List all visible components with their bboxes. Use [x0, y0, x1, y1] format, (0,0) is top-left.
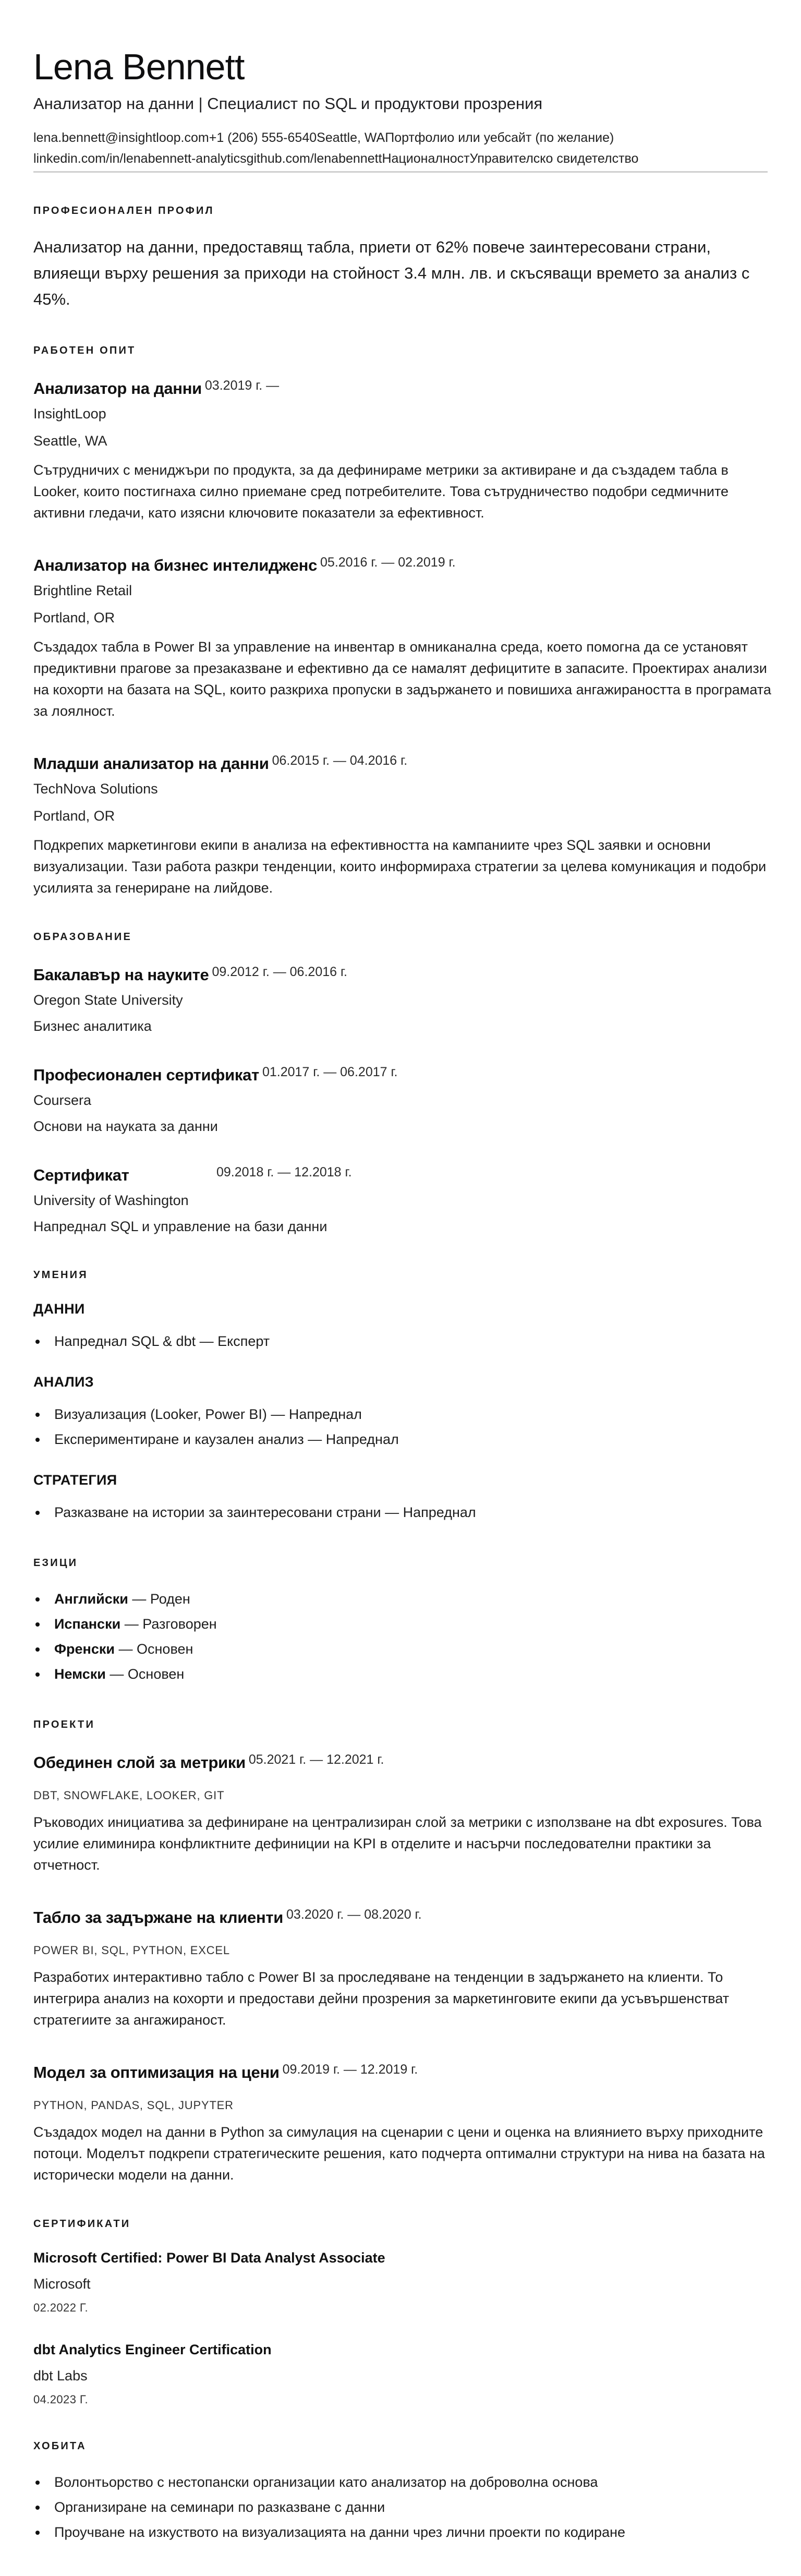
skill-item: Напреднал SQL & dbt — Експерт — [33, 1329, 768, 1354]
education-entry-header: Сертификат09.2018 г. — 12.2018 г. — [33, 1161, 768, 1190]
institution-name: Coursera — [33, 1090, 768, 1111]
field-of-study: Основи на науката за данни — [33, 1116, 768, 1137]
degree-title: Сертификат — [33, 1164, 213, 1187]
contact-location: Seattle, WA — [317, 130, 385, 145]
section-hobbies: Хобита Волонтьорство с нестопански орган… — [33, 2439, 768, 2545]
institution-name: Oregon State University — [33, 990, 768, 1010]
language-separator: — — [115, 1641, 137, 1657]
hobby-item: Волонтьорство с нестопански организации … — [33, 2470, 768, 2495]
project-name: Обединен слой за метрики — [33, 1753, 246, 1772]
project-dates: 05.2021 г. — 12.2021 г. — [249, 1752, 384, 1767]
job-title: Анализатор на данни — [33, 379, 202, 398]
experience-entry-header: Анализатор на данни03.2019 г. — — [33, 374, 768, 403]
field-of-study: Бизнес аналитика — [33, 1016, 768, 1037]
certificate-issuer: dbt Labs — [33, 2365, 768, 2386]
language-item: Испански — Разговорен — [33, 1611, 768, 1636]
skill-group: ДАННИНапреднал SQL & dbt — Експерт — [33, 1298, 768, 1354]
experience-entry: Анализатор на бизнес интелидженс05.2016 … — [33, 551, 768, 722]
certificate-entry: Microsoft Certified: Power BI Data Analy… — [33, 2247, 768, 2316]
project-name: Табло за задържане на клиенти — [33, 1908, 283, 1927]
language-level: Роден — [150, 1591, 190, 1607]
skill-group: СТРАТЕГИЯРазказване на истории за заинте… — [33, 1470, 768, 1525]
skill-item: Разказване на истории за заинтересовани … — [33, 1500, 768, 1525]
skill-items: Визуализация (Looker, Power BI) — Напред… — [33, 1402, 768, 1452]
language-name: Немски — [54, 1666, 106, 1682]
experience-list: Анализатор на данни03.2019 г. —InsightLo… — [33, 374, 768, 899]
education-dates: 01.2017 г. — 06.2017 г. — [262, 1065, 398, 1079]
contact-linkedin[interactable]: linkedin.com/in/lenabennett-analytics — [33, 151, 247, 166]
job-location: Portland, OR — [33, 805, 768, 826]
company-name: InsightLoop — [33, 403, 768, 424]
language-level: Основен — [128, 1666, 184, 1682]
languages-list: Английски — РоденИспански — РазговоренФр… — [33, 1586, 768, 1687]
contact-license: Управителско свидетелство — [470, 151, 639, 166]
institution-name: University of Washington — [33, 1190, 768, 1211]
project-tech-stack: Power BI, SQL, Python, Excel — [33, 1943, 768, 1958]
project-entry-header: Обединен слой за метрики05.2021 г. — 12.… — [33, 1748, 768, 1777]
section-education: Образование Бакалавър на науките09.2012 … — [33, 930, 768, 1237]
contact-block: lena.bennett@insightloop.com+1 (206) 555… — [33, 127, 768, 173]
skill-group-title: ДАННИ — [33, 1298, 768, 1319]
resume-page: Lena Bennett Анализатор на данни | Специ… — [0, 0, 801, 2576]
company-name: Brightline Retail — [33, 580, 768, 601]
language-separator: — — [106, 1666, 128, 1682]
section-title-experience: Работен опит — [33, 344, 768, 357]
section-title-education: Образование — [33, 930, 768, 944]
candidate-name: Lena Bennett — [33, 46, 768, 88]
education-entry: Бакалавър на науките09.2012 г. — 06.2016… — [33, 960, 768, 1037]
skill-group-title: АНАЛИЗ — [33, 1371, 768, 1392]
experience-entry-header: Анализатор на бизнес интелидженс05.2016 … — [33, 551, 768, 580]
project-description: Разработих интерактивно табло с Power BI… — [33, 1967, 774, 2031]
project-dates: 03.2020 г. — 08.2020 г. — [286, 1907, 422, 1922]
experience-entry: Младши анализатор на данни06.2015 г. — 0… — [33, 749, 768, 899]
project-entry-header: Табло за задържане на клиенти03.2020 г. … — [33, 1903, 768, 1932]
language-level: Разговорен — [142, 1616, 216, 1632]
resume-header: Lena Bennett Анализатор на данни | Специ… — [33, 46, 768, 173]
language-separator: — — [120, 1616, 142, 1632]
certificate-name: Microsoft Certified: Power BI Data Analy… — [33, 2247, 768, 2268]
language-item: Френски — Основен — [33, 1636, 768, 1662]
section-projects: Проекти Обединен слой за метрики05.2021 … — [33, 1718, 768, 2186]
contact-row-primary: lena.bennett@insightloop.com+1 (206) 555… — [33, 127, 768, 148]
job-location: Portland, OR — [33, 607, 768, 628]
contact-nationality: Националност — [382, 151, 470, 166]
section-title-skills: Умения — [33, 1268, 768, 1282]
company-name: TechNova Solutions — [33, 778, 768, 799]
hobbies-list: Волонтьорство с нестопански организации … — [33, 2470, 768, 2545]
skill-item: Експериментиране и каузален анализ — Нап… — [33, 1427, 768, 1452]
contact-portfolio[interactable]: Портфолио или уебсайт (по желание) — [385, 130, 614, 145]
language-name: Френски — [54, 1641, 115, 1657]
contact-row-secondary: linkedin.com/in/lenabennett-analyticsgit… — [33, 148, 768, 169]
project-description: Ръководих инициатива за дефиниране на це… — [33, 1812, 774, 1876]
project-entry: Обединен слой за метрики05.2021 г. — 12.… — [33, 1748, 768, 1876]
section-profile: Професионален профил Анализатор на данни… — [33, 204, 768, 312]
section-title-hobbies: Хобита — [33, 2439, 768, 2453]
education-list: Бакалавър на науките09.2012 г. — 06.2016… — [33, 960, 768, 1237]
job-description: Подкрепих маркетингови екипи в анализа н… — [33, 835, 774, 899]
hobby-item: Организиране на семинари по разказване с… — [33, 2495, 768, 2520]
skill-group-title: СТРАТЕГИЯ — [33, 1470, 768, 1490]
job-dates: 05.2016 г. — 02.2019 г. — [320, 555, 456, 570]
project-entry: Табло за задържане на клиенти03.2020 г. … — [33, 1903, 768, 2031]
candidate-headline: Анализатор на данни | Специалист по SQL … — [33, 93, 768, 115]
degree-title: Професионален сертификат — [33, 1066, 259, 1084]
projects-list: Обединен слой за метрики05.2021 г. — 12.… — [33, 1748, 768, 2186]
language-name: Английски — [54, 1591, 128, 1607]
section-title-certificates: Сертификати — [33, 2217, 768, 2231]
experience-entry: Анализатор на данни03.2019 г. —InsightLo… — [33, 374, 768, 524]
skill-item: Визуализация (Looker, Power BI) — Напред… — [33, 1402, 768, 1427]
education-entry-header: Професионален сертификат01.2017 г. — 06.… — [33, 1061, 768, 1090]
job-description: Създадох табла в Power BI за управление … — [33, 636, 774, 722]
job-title: Младши анализатор на данни — [33, 754, 269, 773]
job-title: Анализатор на бизнес интелидженс — [33, 556, 317, 574]
project-entry: Модел за оптимизация на цени09.2019 г. —… — [33, 2058, 768, 2186]
job-dates: 03.2019 г. — — [205, 378, 279, 393]
contact-email[interactable]: lena.bennett@insightloop.com — [33, 130, 209, 145]
language-item: Немски — Основен — [33, 1662, 768, 1687]
job-dates: 06.2015 г. — 04.2016 г. — [272, 753, 408, 768]
degree-title: Бакалавър на науките — [33, 966, 209, 984]
language-name: Испански — [54, 1616, 120, 1632]
certificate-date: 04.2023 г. — [33, 2391, 768, 2408]
project-tech-stack: Python, Pandas, SQL, Jupyter — [33, 2098, 768, 2113]
certificates-list: Microsoft Certified: Power BI Data Analy… — [33, 2247, 768, 2408]
education-dates: 09.2012 г. — 06.2016 г. — [212, 965, 347, 979]
hobby-item: Проучване на изкуството на визуализацият… — [33, 2520, 768, 2545]
contact-github[interactable]: github.com/lenabennett — [247, 151, 382, 166]
section-title-profile: Професионален профил — [33, 204, 768, 218]
section-certificates: Сертификати Microsoft Certified: Power B… — [33, 2217, 768, 2408]
language-level: Основен — [137, 1641, 193, 1657]
certificate-issuer: Microsoft — [33, 2273, 768, 2294]
skill-group: АНАЛИЗВизуализация (Looker, Power BI) — … — [33, 1371, 768, 1452]
profile-summary: Анализатор на данни, предоставящ табла, … — [33, 234, 769, 312]
education-entry-header: Бакалавър на науките09.2012 г. — 06.2016… — [33, 960, 768, 990]
certificate-name: dbt Analytics Engineer Certification — [33, 2339, 768, 2360]
project-entry-header: Модел за оптимизация на цени09.2019 г. —… — [33, 2058, 768, 2087]
field-of-study: Напреднал SQL и управление на бази данни — [33, 1216, 768, 1237]
language-item: Английски — Роден — [33, 1586, 768, 1611]
job-description: Сътрудничих с мениджъри по продукта, за … — [33, 460, 774, 524]
section-skills: Умения ДАННИНапреднал SQL & dbt — Експер… — [33, 1268, 768, 1525]
project-dates: 09.2019 г. — 12.2019 г. — [283, 2062, 418, 2077]
section-title-languages: Езици — [33, 1556, 768, 1570]
certificate-date: 02.2022 г. — [33, 2300, 768, 2316]
section-languages: Езици Английски — РоденИспански — Разгов… — [33, 1556, 768, 1687]
language-separator: — — [128, 1591, 150, 1607]
section-experience: Работен опит Анализатор на данни03.2019 … — [33, 344, 768, 899]
certificate-entry: dbt Analytics Engineer Certificationdbt … — [33, 2339, 768, 2408]
skill-items: Напреднал SQL & dbt — Експерт — [33, 1329, 768, 1354]
contact-phone[interactable]: +1 (206) 555-6540 — [209, 130, 317, 145]
skill-items: Разказване на истории за заинтересовани … — [33, 1500, 768, 1525]
education-entry: Професионален сертификат01.2017 г. — 06.… — [33, 1061, 768, 1137]
experience-entry-header: Младши анализатор на данни06.2015 г. — 0… — [33, 749, 768, 778]
education-entry: Сертификат09.2018 г. — 12.2018 г.Univers… — [33, 1161, 768, 1237]
job-location: Seattle, WA — [33, 430, 768, 451]
project-description: Създадох модел на данни в Python за симу… — [33, 2122, 774, 2186]
skills-list: ДАННИНапреднал SQL & dbt — ЕкспертАНАЛИЗ… — [33, 1298, 768, 1525]
education-dates: 09.2018 г. — 12.2018 г. — [216, 1165, 352, 1179]
section-title-projects: Проекти — [33, 1718, 768, 1731]
project-tech-stack: dbt, Snowflake, Looker, Git — [33, 1788, 768, 1803]
project-name: Модел за оптимизация на цени — [33, 2063, 280, 2081]
